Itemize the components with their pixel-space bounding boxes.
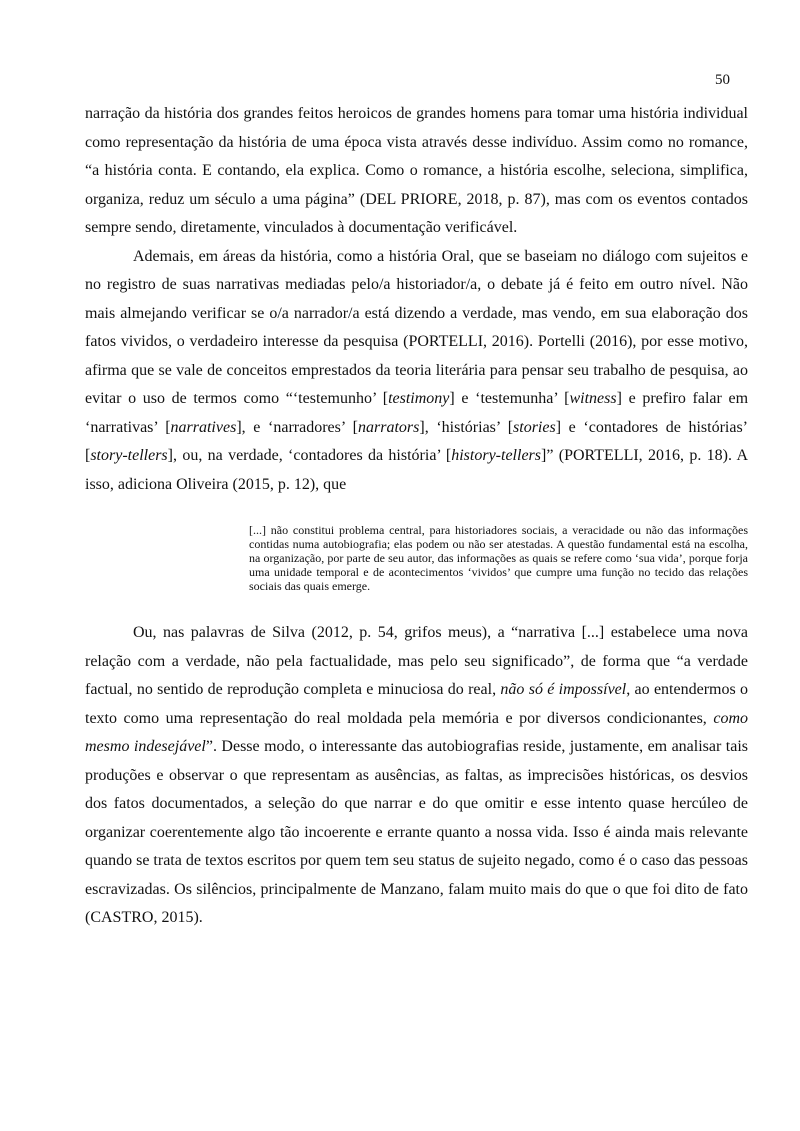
page-body: narração da história dos grandes feitos … [85, 100, 748, 933]
page-number: 50 [715, 71, 730, 89]
block-quote: [...] não constitui problema central, pa… [249, 523, 748, 593]
paragraph: narração da história dos grandes feitos … [85, 100, 748, 243]
paragraph: Ou, nas palavras de Silva (2012, p. 54, … [85, 619, 748, 933]
document-page: 50 narração da história dos grandes feit… [0, 0, 800, 1131]
paragraph: Ademais, em áreas da história, como a hi… [85, 243, 748, 500]
